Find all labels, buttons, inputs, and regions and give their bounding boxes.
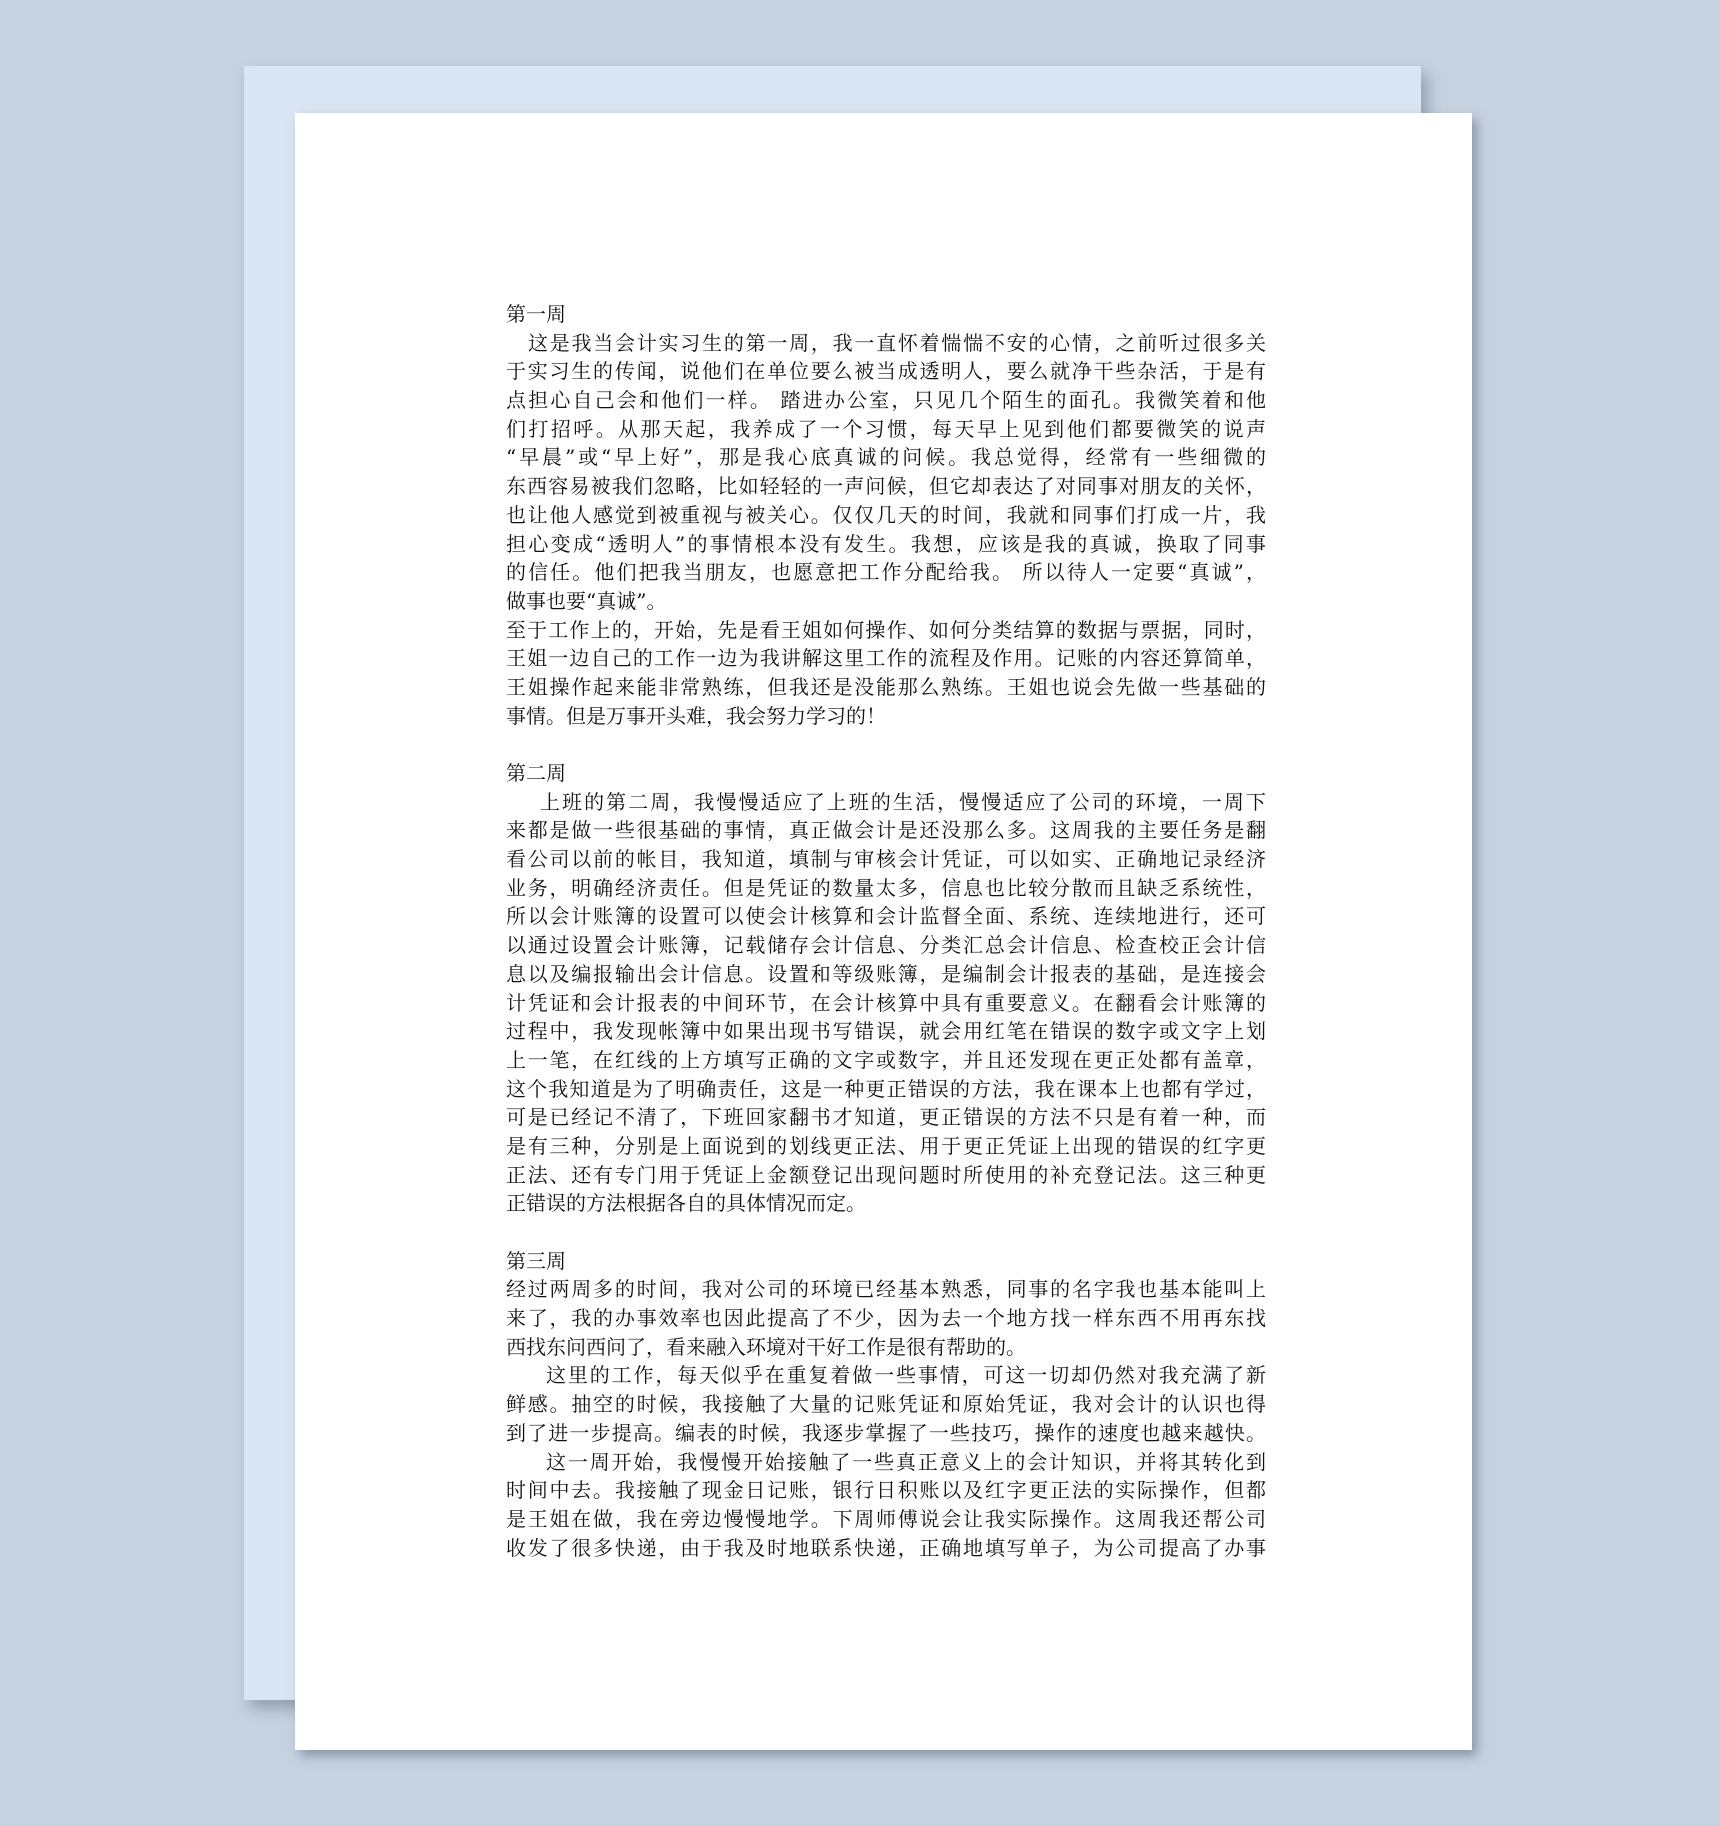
text-line: “早晨”或“早上好”，那是我心底真诚的问候。我总觉得，经常有一些细微的	[506, 443, 1266, 472]
section-title: 第二周	[506, 759, 1266, 788]
document-body: 第一周这是我当会计实习生的第一周，我一直怀着惴惴不安的心情，之前听过很多关于实习…	[506, 300, 1266, 1562]
text-line: 经过两周多的时间，我对公司的环境已经基本熟悉，同事的名字我也基本能叫上	[506, 1275, 1266, 1304]
text-line: 西找东问西问了，看来融入环境对干好工作是很有帮助的。	[506, 1333, 1266, 1362]
section-title: 第一周	[506, 300, 1266, 329]
text-line: 以通过设置会计账簿，记载储存会计信息、分类汇总会计信息、检查校正会计信	[506, 931, 1266, 960]
text-line: 鲜感。抽空的时候，我接触了大量的记账凭证和原始凭证，我对会计的认识也得	[506, 1390, 1266, 1419]
text-line: 做事也要“真诚”。	[506, 587, 1266, 616]
text-line: 到了进一步提高。编表的时候，我逐步掌握了一些技巧，操作的速度也越来越快。	[506, 1419, 1266, 1448]
text-line: 上班的第二周，我慢慢适应了上班的生活，慢慢适应了公司的环境，一周下	[506, 788, 1266, 817]
text-line: 王姐一边自己的工作一边为我讲解这里工作的流程及作用。记账的内容还算简单，	[506, 644, 1266, 673]
text-line: 正法、还有专门用于凭证上金额登记出现问题时所使用的补充登记法。这三种更	[506, 1161, 1266, 1190]
text-line: 息以及编报输出会计信息。设置和等级账簿，是编制会计报表的基础，是连接会	[506, 960, 1266, 989]
text-line: 时间中去。我接触了现金日记账，银行日积账以及红字更正法的实际操作，但都	[506, 1476, 1266, 1505]
text-line: 来都是做一些很基础的事情，真正做会计是还没那么多。这周我的主要任务是翻	[506, 816, 1266, 845]
text-line: 所以会计账簿的设置可以使会计核算和会计监督全面、系统、连续地进行，还可	[506, 902, 1266, 931]
text-line: 计凭证和会计报表的中间环节，在会计核算中具有重要意义。在翻看会计账簿的	[506, 989, 1266, 1018]
text-line: 们打招呼。从那天起，我养成了一个习惯，每天早上见到他们都要微笑的说声	[506, 415, 1266, 444]
text-line: 看公司以前的帐目，我知道，填制与审核会计凭证，可以如实、正确地记录经济	[506, 845, 1266, 874]
text-line: 可是已经记不清了，下班回家翻书才知道，更正错误的方法不只是有着一种，而	[506, 1103, 1266, 1132]
text-line: 这个我知道是为了明确责任，这是一种更正错误的方法，我在课本上也都有学过，	[506, 1075, 1266, 1104]
text-line: 东西容易被我们忽略，比如轻轻的一声问候，但它却表达了对同事对朋友的关怀，	[506, 472, 1266, 501]
text-line: 王姐操作起来能非常熟练，但我还是没能那么熟练。王姐也说会先做一些基础的	[506, 673, 1266, 702]
text-line: 点担心自己会和他们一样。 踏进办公室，只见几个陌生的面孔。我微笑着和他	[506, 386, 1266, 415]
text-line: 这一周开始，我慢慢开始接触了一些真正意义上的会计知识，并将其转化到	[506, 1448, 1266, 1477]
text-line: 收发了很多快递，由于我及时地联系快递，正确地填写单子，为公司提高了办事	[506, 1534, 1266, 1563]
section-spacer	[506, 730, 1266, 759]
section-spacer	[506, 1218, 1266, 1247]
text-line: 事情。但是万事开头难，我会努力学习的！	[506, 702, 1266, 731]
text-line: 至于工作上的，开始，先是看王姐如何操作、如何分类结算的数据与票据，同时，	[506, 616, 1266, 645]
text-line: 担心变成“透明人”的事情根本没有发生。我想，应该是我的真诚，换取了同事	[506, 530, 1266, 559]
text-line: 的信任。他们把我当朋友，也愿意把工作分配给我。 所以待人一定要“真诚”，	[506, 558, 1266, 587]
text-line: 上一笔，在红线的上方填写正确的文字或数字，并且还发现在更正处都有盖章，	[506, 1046, 1266, 1075]
text-line: 业务，明确经济责任。但是凭证的数量太多，信息也比较分散而且缺乏系统性，	[506, 874, 1266, 903]
text-line: 也让他人感觉到被重视与被关心。仅仅几天的时间，我就和同事们打成一片，我	[506, 501, 1266, 530]
document-page: 第一周这是我当会计实习生的第一周，我一直怀着惴惴不安的心情，之前听过很多关于实习…	[295, 113, 1472, 1750]
text-line: 过程中，我发现帐簿中如果出现书写错误，就会用红笔在错误的数字或文字上划	[506, 1017, 1266, 1046]
text-line: 是王姐在做，我在旁边慢慢地学。下周师傅说会让我实际操作。这周我还帮公司	[506, 1505, 1266, 1534]
text-line: 来了，我的办事效率也因此提高了不少，因为去一个地方找一样东西不用再东找	[506, 1304, 1266, 1333]
text-line: 于实习生的传闻，说他们在单位要么被当成透明人，要么就净干些杂活，于是有	[506, 357, 1266, 386]
text-line: 是有三种，分别是上面说到的划线更正法、用于更正凭证上出现的错误的红字更	[506, 1132, 1266, 1161]
text-line: 这是我当会计实习生的第一周，我一直怀着惴惴不安的心情，之前听过很多关	[506, 329, 1266, 358]
text-line: 这里的工作，每天似乎在重复着做一些事情，可这一切却仍然对我充满了新	[506, 1361, 1266, 1390]
text-line: 正错误的方法根据各自的具体情况而定。	[506, 1189, 1266, 1218]
section-title: 第三周	[506, 1247, 1266, 1276]
